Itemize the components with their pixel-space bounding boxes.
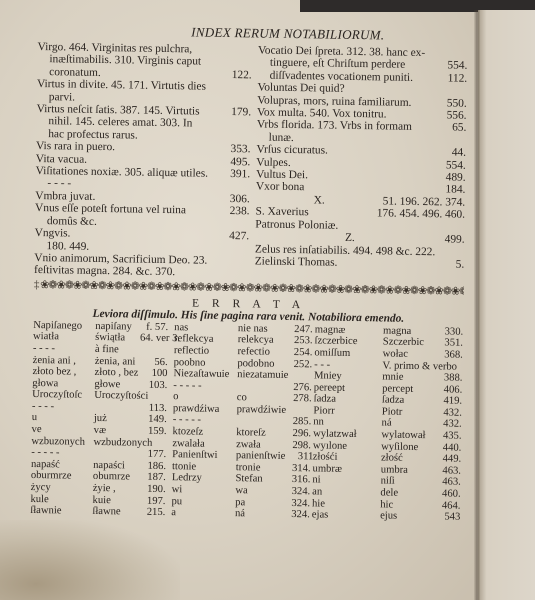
errata-page: 440. [433, 442, 461, 454]
errata-correct: głowe [94, 379, 139, 391]
errata-page: 177. [138, 449, 166, 461]
errata-wrong: ktozeſz [172, 426, 236, 439]
errata-correct: dele [380, 487, 432, 499]
errata-wrong: - - - - [33, 343, 95, 356]
errata-correct: relekcya [238, 334, 285, 346]
index-page-ref: 556. [447, 109, 467, 122]
index-page-ref: 427. [229, 230, 249, 243]
index-page-ref: 44. [452, 147, 466, 160]
index-entry-text: hac profectus rarus. [48, 128, 138, 141]
index-page-ref: 176. 454. 496. 460. [377, 208, 465, 222]
errata-page: 316. [282, 474, 310, 486]
errata-row: ejasejus543 [312, 510, 461, 524]
index-entry-text: domûs &c. [47, 215, 97, 228]
errata-correct: złoto , bez [94, 367, 139, 379]
index-entry-text: Vngvis. [35, 227, 71, 240]
errata-page [288, 370, 316, 382]
index-entry-text: - - - - [47, 178, 71, 190]
errata-wrong: wzbuzonych [31, 436, 93, 449]
errata-wrong: o [173, 391, 237, 404]
errata-wrong: żenia ani , [33, 354, 95, 367]
errata-page: 254. [284, 347, 312, 359]
errata-page: 285. [283, 416, 311, 428]
errata-correct: panienſtwie [236, 450, 286, 462]
index-entry-text: Vulpes. [256, 156, 291, 169]
errata-correct: świątła [95, 332, 140, 344]
index-left-column: Virgo. 464. Virginitas res pulchra,inæſt… [34, 41, 252, 280]
errata-page: 543 [432, 511, 460, 523]
errata-page: 64. ver 3. [140, 333, 168, 345]
index-page-ref: 554. [446, 159, 466, 172]
errata-correct: niſi [381, 476, 433, 488]
errata-wrong: kule [30, 494, 92, 507]
errata-correct: co [237, 392, 284, 404]
errata-wrong: - - - - [32, 401, 97, 414]
errata-correct: podobno [237, 358, 284, 370]
errata-correct: żenia, ani [95, 355, 140, 367]
errata-correct: ná [235, 508, 282, 520]
errata-page: 435. [433, 430, 461, 442]
index-page-ref: 499. [445, 234, 465, 247]
errata-wrong: prawdźiwa [173, 403, 237, 416]
errata-wrong: a [171, 507, 235, 520]
errata-correct: kuie [92, 495, 137, 507]
errata-wrong: wi [172, 484, 236, 497]
errata-page: 460. [433, 488, 461, 500]
index-entry-text: parvi. [49, 91, 75, 103]
index-page-ref: 353. [230, 143, 250, 156]
index-page-ref: 179. [231, 106, 251, 119]
errata-correct: percept [382, 383, 434, 395]
index-entry-text: Patronus Poloniæ. [255, 218, 338, 231]
index-page-ref: 112. [448, 72, 468, 85]
errata-wrong: wiatła [33, 331, 95, 344]
errata-correct: ktoreſz [236, 427, 283, 439]
book-gutter [474, 10, 480, 600]
index-page-ref: 184. [445, 184, 465, 197]
errata-page: 368. [435, 349, 463, 361]
errata-wrong: reflekcya [174, 333, 238, 346]
errata-correct: nie nas [238, 323, 285, 335]
errata-correct: refectio [237, 346, 284, 358]
errata-correct: już [94, 413, 139, 425]
index-entry-text: Vis rara in puero. [36, 140, 115, 153]
errata-page: 351. [435, 338, 463, 350]
errata-page: 56. [140, 356, 168, 368]
index-entry: feſtivitas magna. 284. &c. 370. [34, 264, 249, 280]
index-entry-text: Vxor bona [256, 181, 305, 194]
errata-wrong: oburmrze [31, 470, 93, 483]
errata-correct: mnie [382, 372, 434, 384]
errata-page: 432. [434, 407, 462, 419]
errata-page: 187. [138, 472, 166, 484]
errata-wrong: ſławnie [30, 505, 92, 518]
errata-wrong: Panienſtwi [172, 449, 236, 462]
errata-row: ſławnieſławne215. [30, 505, 165, 519]
errata-correct: Stefan [235, 474, 282, 486]
index-page-ref: 238. [230, 205, 250, 218]
errata-correct: umbra [381, 464, 433, 476]
errata-page: 190. [138, 484, 166, 496]
errata-page: 159. [138, 426, 166, 438]
errata-correct [242, 416, 283, 428]
errata-wrong: Niezaſtawuie [173, 368, 237, 381]
errata-wrong: pu [171, 496, 235, 509]
errata-wrong: złoto bez , [32, 366, 94, 379]
index-page-ref: 554. [447, 60, 467, 73]
errata-page: 276. [284, 382, 312, 394]
errata-wrong: wylatzwał [313, 428, 381, 441]
index-entry-text: Voluntas Dei quid? [257, 82, 344, 95]
errata-correct: tronie [236, 462, 283, 474]
index-page-ref: 391. [230, 168, 250, 181]
errata-page: 186. [138, 460, 166, 472]
errata-page: 296. [283, 428, 311, 440]
errata-page: 253. [284, 335, 312, 347]
errata-correct: wołac [383, 348, 435, 360]
index-entry-text: 180. 449. [46, 240, 89, 253]
errata-correct: wyſilone [381, 441, 433, 453]
errata-table: Napiſanegonapiſanyf. 57.wiatłaświątła64.… [30, 320, 463, 524]
errata-correct: Uroczyſtości [94, 390, 148, 402]
errata-page: 449. [433, 454, 461, 466]
errata-page: 298. [283, 440, 311, 452]
errata-correct: wylatował [381, 430, 433, 442]
errata-correct: ejus [380, 511, 432, 523]
errata-correct: złość [381, 453, 433, 465]
index-entry-text: Vultus Dei. [256, 169, 308, 182]
errata-page: 324. [282, 498, 310, 510]
index-columns: Virgo. 464. Virginitas res pulchra,inæſt… [34, 41, 468, 283]
index-entry-text: S. Xaverius [255, 206, 308, 219]
errata-wrong: u [32, 412, 94, 425]
errata-correct [99, 448, 139, 460]
errata-page [140, 345, 168, 357]
errata-wrong: ttonie [172, 461, 236, 474]
errata-column-2: nasnie nas247.reflekcyarelekcya253.refle… [171, 322, 313, 521]
errata-page: 278. [284, 393, 312, 405]
index-page-ref: 65. [452, 122, 466, 135]
errata-correct: à fine [95, 344, 140, 356]
errata-page: 103. [139, 379, 167, 391]
errata-wrong: ejas [312, 510, 380, 523]
errata-wrong: Uroczyſtoſc [32, 389, 94, 402]
errata-page: 330. [435, 326, 463, 338]
errata-correct [96, 402, 139, 414]
index-page-ref: 122. [232, 69, 252, 82]
errata-page: 324. [282, 509, 310, 521]
index-entry-text: Zielinski Thomas. [255, 255, 338, 268]
errata-correct: zwała [236, 439, 283, 451]
errata-correct: ná [381, 418, 433, 430]
errata-correct: wa [235, 485, 282, 497]
errata-wrong: zwalała [172, 438, 236, 451]
errata-wrong: poobno [174, 357, 238, 370]
index-entry-text: Vita vacua. [36, 153, 87, 166]
errata-correct: napiſany [95, 321, 140, 333]
errata-page [286, 405, 314, 417]
errata-page: 247. [285, 324, 313, 336]
errata-correct: wzbudzonych [93, 437, 152, 450]
errata-page: 149. [139, 414, 167, 426]
errata-correct: Piotr [382, 406, 434, 418]
errata-page: 113. [139, 403, 167, 415]
index-page-ref: 489. [446, 171, 466, 184]
errata-correct: prawdźiwie [237, 404, 287, 416]
index-right-column: Vocatio Dei ſpreta. 312. 38. hanc ex-554… [254, 44, 467, 283]
errata-page: 406. [434, 384, 462, 396]
index-page-ref: 5. [456, 258, 465, 271]
errata-correct: væ [94, 425, 139, 437]
errata-page: 432. [434, 419, 462, 431]
index-entry-text: coronatum. [49, 66, 101, 79]
index-page-ref: 306. [230, 193, 250, 206]
errata-correct: magna [383, 325, 435, 337]
errata-page [457, 361, 485, 373]
index-page-ref: 495. [230, 156, 250, 169]
errata-page: 100 [139, 368, 167, 380]
index-entry-text: Vrſus cicuratus. [256, 144, 328, 157]
errata-row: aná324. [171, 507, 310, 521]
errata-page: 324. [282, 486, 310, 498]
errata-correct: pa [235, 497, 282, 509]
errata-page: 215. [137, 507, 165, 519]
errata-wrong: nn [313, 417, 381, 430]
index-entry-text: feſtivitas magna. 284. &c. 370. [34, 264, 175, 278]
errata-correct: Szczerbic [383, 337, 435, 349]
errata-page: 388. [434, 372, 462, 384]
index-entry-text: lunæ. [269, 131, 294, 143]
errata-wrong: Ledrzy [172, 473, 236, 486]
facing-page [478, 10, 535, 600]
errata-wrong: nas [174, 322, 238, 335]
errata-wrong: Napiſanego [33, 320, 95, 333]
errata-wrong: reflectio [174, 345, 238, 358]
errata-page: 464. [432, 500, 460, 512]
errata-page: 463. [433, 465, 461, 477]
errata-correct: napaści [93, 460, 138, 472]
page-content: INDEX RERUM NOTABILIORUM. Virgo. 464. Vi… [30, 22, 468, 524]
errata-page: 419. [434, 396, 462, 408]
water-stain [0, 520, 180, 600]
errata-wrong: życy [31, 482, 93, 495]
errata-correct [243, 381, 284, 393]
errata-column-1: Napiſanegonapiſanyf. 57.wiatłaświątła64.… [30, 320, 168, 519]
errata-page: 197. [137, 495, 165, 507]
errata-page: 252. [284, 358, 312, 370]
errata-wrong: głowa [32, 378, 94, 391]
errata-correct: żyie , [93, 483, 138, 495]
index-entry-text: Vmbra juvat. [35, 190, 95, 203]
index-page-ref: 550. [447, 97, 467, 110]
errata-correct: ſławne [92, 506, 137, 518]
errata-correct: obumrze [93, 471, 138, 483]
errata-page: 463. [433, 477, 461, 489]
errata-correct: ſadza [382, 395, 434, 407]
errata-wrong: ve [32, 424, 94, 437]
errata-page: 314. [282, 463, 310, 475]
errata-page: 311 [285, 451, 313, 463]
errata-wrong: napaść [31, 459, 93, 472]
errata-column-3: magnæmagna330.ſzczerbiceSzczerbic351.omi… [312, 324, 464, 523]
errata-page: f. 57. [140, 321, 168, 333]
errata-correct: niezatamuie [237, 369, 288, 381]
errata-correct: hic [380, 499, 432, 511]
